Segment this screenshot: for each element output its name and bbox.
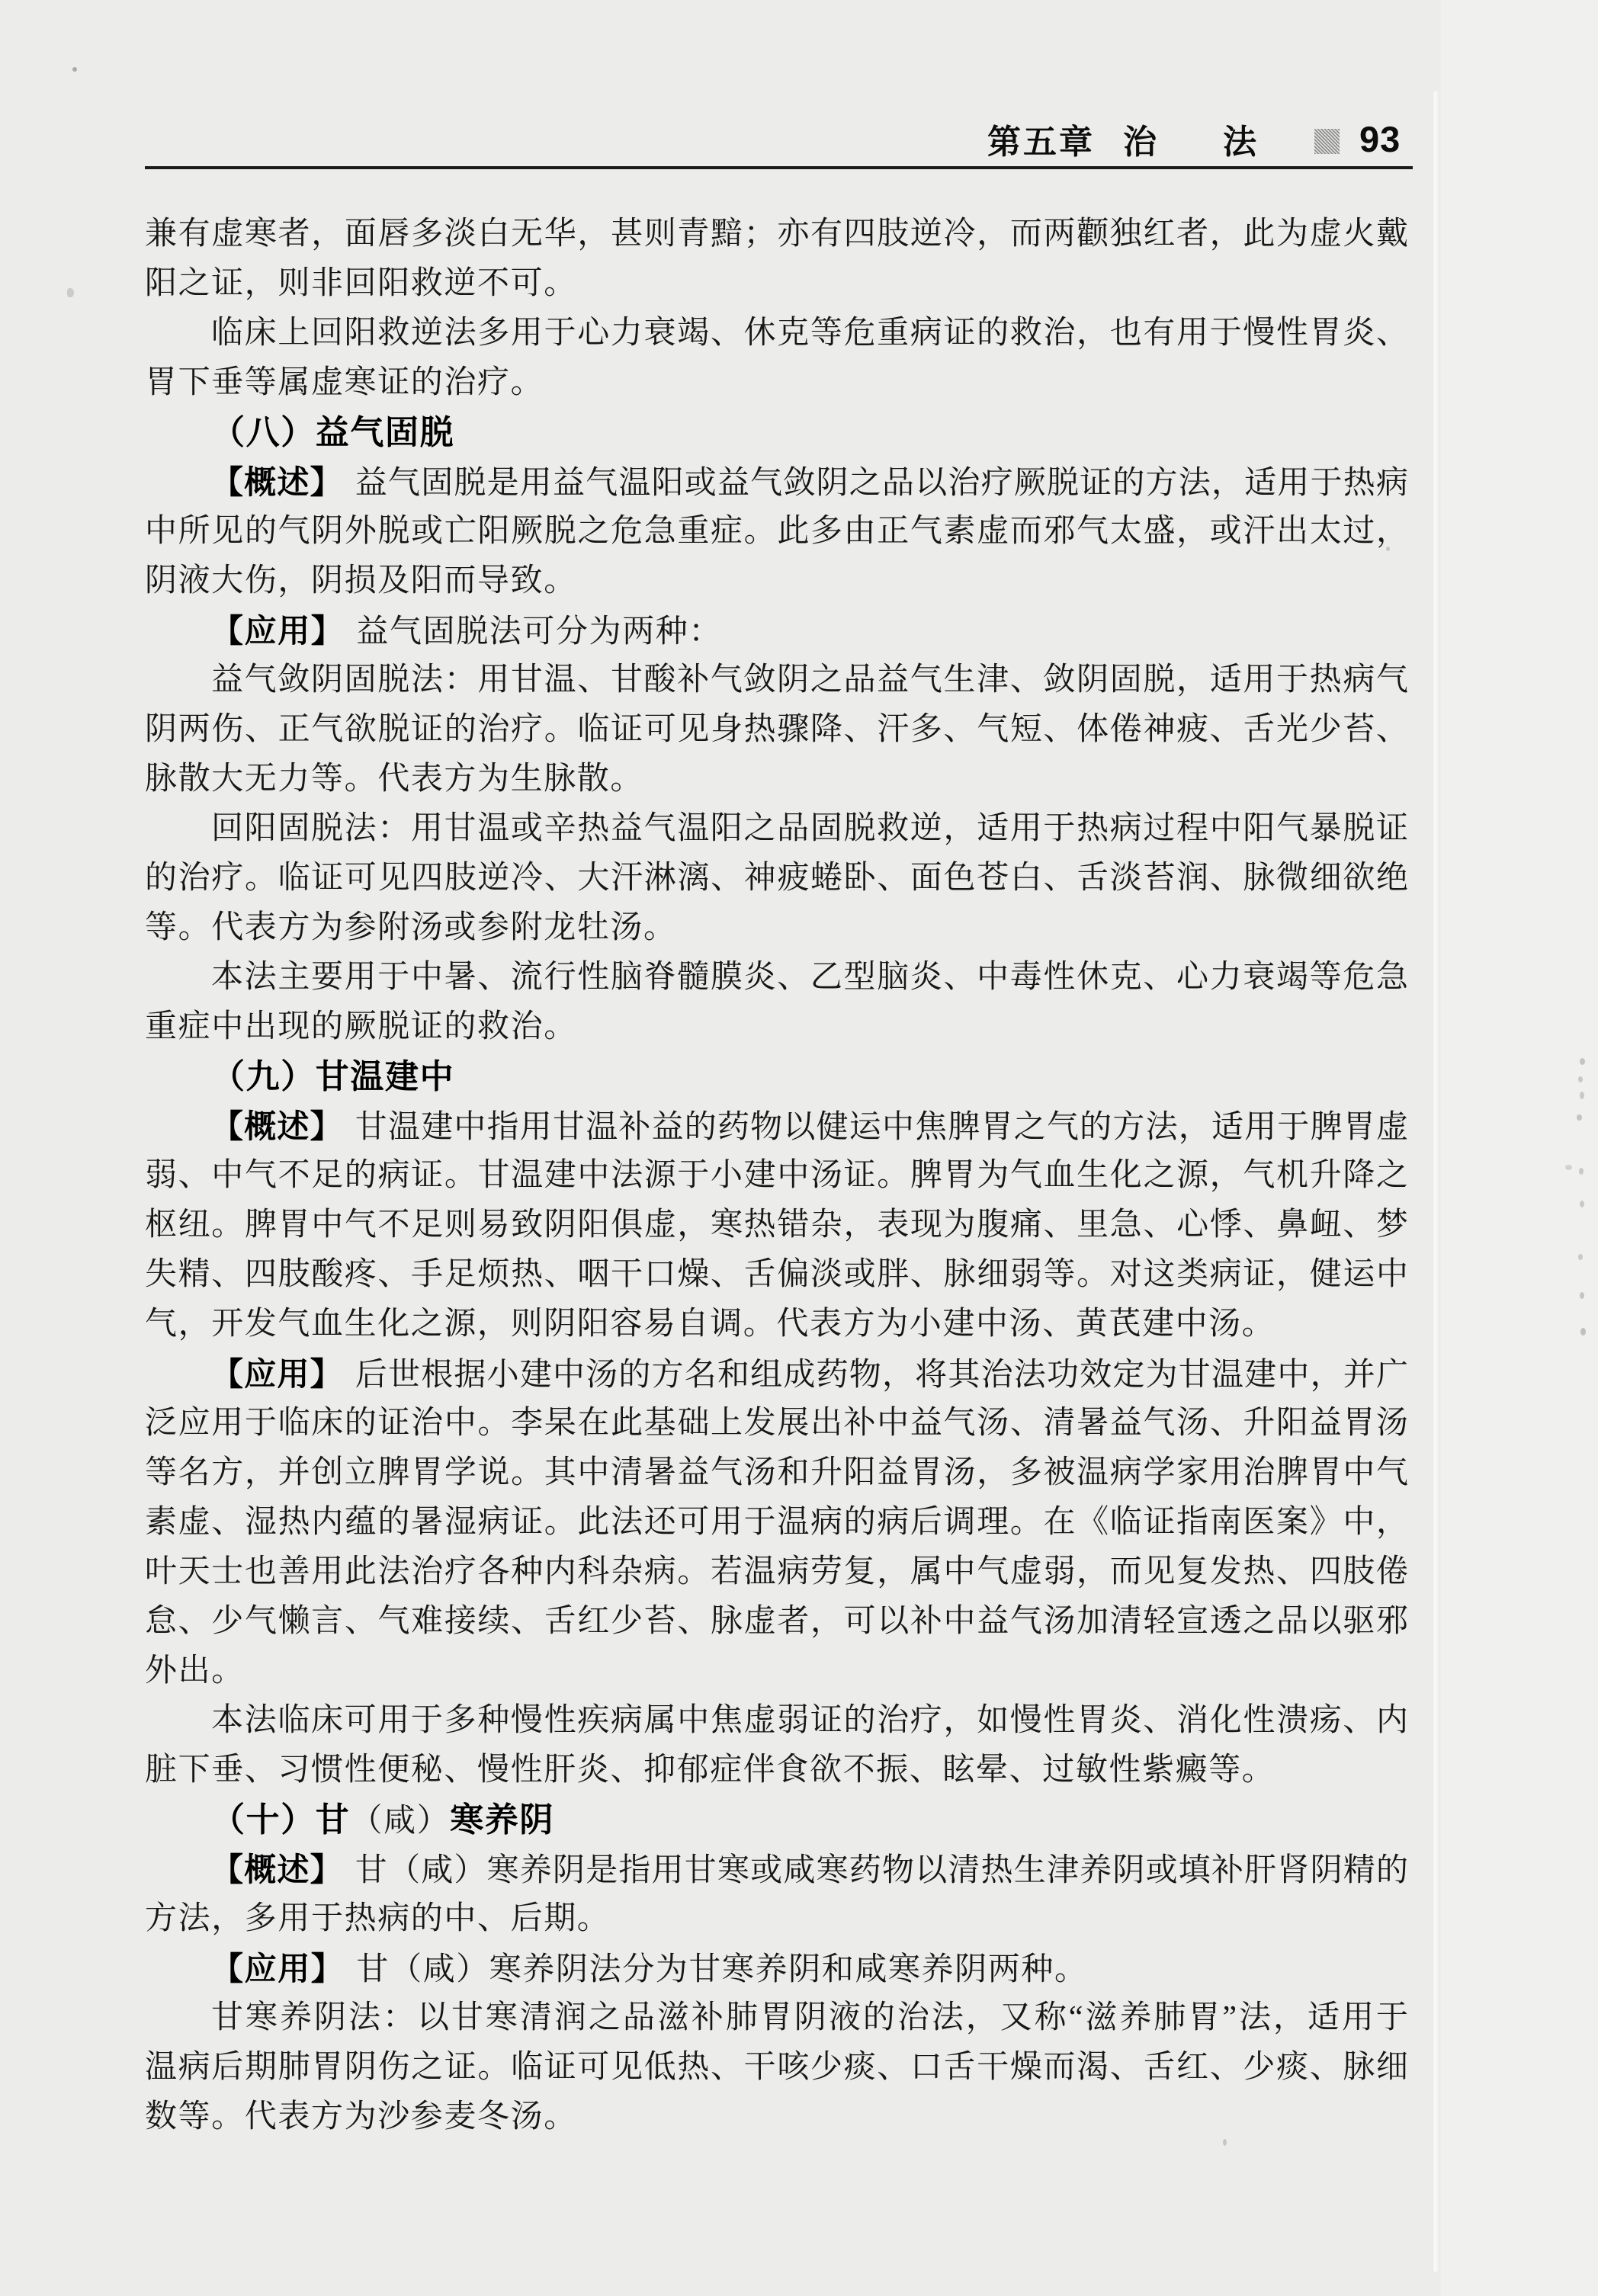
paragraph-tag: 【应用】 (211, 1951, 344, 1987)
section-heading: （九）甘温建中 (145, 1052, 1409, 1102)
text-line: 【应用】益气固脱法可分为两种： (145, 606, 1409, 656)
text-line: 【应用】后世根据小建中汤的方名和组成药物，将其治法功效定为甘温建中，并广 (145, 1349, 1409, 1399)
text-line: 等。代表方为参附汤或参附龙牡汤。 (145, 903, 1409, 953)
body-text: 兼有虚寒者，面唇多淡白无华，甚则青黯；亦有四肢逆冷，而两颧独红者，此为虚火戴 阳… (145, 210, 1409, 2142)
text-line: 失精、四肢酸疼、手足烦热、咽干口燥、舌偏淡或胖、脉细弱等。对这类病证，健运中 (145, 1250, 1409, 1300)
paragraph-tag: 【应用】 (211, 1356, 343, 1392)
text-line: 【应用】甘（咸）寒养阴法分为甘寒养阴和咸寒养阴两种。 (145, 1944, 1409, 1993)
scan-artifact (1580, 1092, 1584, 1099)
text-line: 温病后期肺胃阴伤之证。临证可见低热、干咳少痰、口舌干燥而渴、舌红、少痰、脉细 (145, 2043, 1409, 2092)
page-number-badge-icon (1314, 129, 1340, 154)
text-line: 本法临床可用于多种慢性疾病属中焦虚弱证的治疗，如慢性胃炎、消化性溃疡、内 (145, 1696, 1409, 1746)
text-line: 泛应用于临床的证治中。李杲在此基础上发展出补中益气汤、清暑益气汤、升阳益胃汤 (145, 1399, 1409, 1448)
text-line: 兼有虚寒者，面唇多淡白无华，甚则青黯；亦有四肢逆冷，而两颧独红者，此为虚火戴 (145, 210, 1409, 259)
text-line: 回阳固脱法：用甘温或辛热益气温阳之品固脱救逆，适用于热病过程中阳气暴脱证 (145, 804, 1409, 854)
scan-artifact (1580, 1328, 1586, 1336)
text-line: 气，开发气血生化之源，则阴阳容易自调。代表方为小建中汤、黄芪建中汤。 (145, 1300, 1409, 1349)
page-edge-crease (1432, 91, 1439, 2272)
text-line: 阳之证，则非回阳救逆不可。 (145, 259, 1409, 309)
scan-artifact (1579, 1168, 1584, 1175)
header-rule (145, 166, 1413, 169)
section-heading: （八）益气固脱 (145, 408, 1409, 457)
text-line: 脏下垂、习惯性便秘、慢性肝炎、抑郁症伴食欲不振、眩晕、过敏性紫癜等。 (145, 1746, 1409, 1795)
chapter-title-char: 法 (1223, 114, 1256, 163)
scan-artifact (72, 67, 77, 72)
text-line: 等名方，并创立脾胃学说。其中清暑益气汤和升阳益胃汤，多被温病学家用治脾胃中气 (145, 1448, 1409, 1498)
text-line: 中所见的气阴外脱或亡阳厥脱之危急重症。此多由正气素虚而邪气太盛，或汗出太过， (145, 507, 1409, 556)
scan-artifact (1386, 547, 1390, 551)
section-heading: （十）甘（咸）寒养阴 (145, 1795, 1409, 1845)
scan-artifact (1578, 1076, 1583, 1082)
page-number: 93 (1359, 118, 1401, 160)
text-line: 脉散大无力等。代表方为生脉散。 (145, 755, 1409, 804)
text-line: 数等。代表方为沙参麦冬汤。 (145, 2092, 1409, 2142)
scan-artifact (1578, 1254, 1583, 1260)
text-line: 怠、少气懒言、气难接续、舌红少苔、脉虚者，可以补中益气汤加清轻宣透之品以驱邪 (145, 1597, 1409, 1647)
page-edge-strip (1441, 0, 1598, 2296)
paragraph-tag: 【概述】 (211, 1852, 343, 1887)
text-line: 【概述】甘温建中指用甘温补益的药物以健运中焦脾胃之气的方法，适用于脾胃虚 (145, 1102, 1409, 1151)
paragraph-tag: 【概述】 (211, 1108, 343, 1144)
text-line: 临床上回阳救逆法多用于心力衰竭、休克等危重病证的救治，也有用于慢性胃炎、 (145, 309, 1409, 358)
scan-artifact (1577, 1114, 1582, 1121)
scan-artifact (1565, 1165, 1572, 1170)
chapter-label: 第五章 (987, 114, 1095, 163)
text-line: 重症中出现的厥脱证的救治。 (145, 1002, 1409, 1052)
text-line: 的治疗。临证可见四肢逆冷、大汗淋漓、神疲蜷卧、面色苍白、舌淡苔润、脉微细欲绝 (145, 854, 1409, 903)
text-line: 阴液大伤，阴损及阳而导致。 (145, 556, 1409, 606)
text-line: 益气敛阴固脱法：用甘温、甘酸补气敛阴之品益气生津、敛阴固脱，适用于热病气 (145, 656, 1409, 705)
scanned-book-page: { "header": { "chapter": "第五章", "title_c… (0, 0, 1598, 2296)
text-line: 阴两伤、正气欲脱证的治疗。临证可见身热骤降、汗多、气短、体倦神疲、舌光少苔、 (145, 705, 1409, 755)
text-line: 【概述】甘（咸）寒养阴是指用甘寒或咸寒药物以清热生津养阴或填补肝肾阴精的 (145, 1845, 1409, 1894)
running-head: 第五章 治 法 93 (987, 119, 1401, 159)
paragraph-tag: 【应用】 (211, 613, 344, 649)
text-line: 方法，多用于热病的中、后期。 (145, 1894, 1409, 1944)
scan-artifact (67, 288, 74, 297)
text-line: 外出。 (145, 1647, 1409, 1696)
text-line: 【概述】益气固脱是用益气温阳或益气敛阴之品以治疗厥脱证的方法，适用于热病 (145, 457, 1409, 507)
paragraph-tag: 【概述】 (211, 464, 343, 500)
scan-artifact (1580, 1058, 1585, 1065)
text-line: 素虚、湿热内蕴的暑湿病证。此法还可用于温病的病后调理。在《临证指南医案》中， (145, 1498, 1409, 1547)
text-line: 本法主要用于中暑、流行性脑脊髓膜炎、乙型脑炎、中毒性休克、心力衰竭等危急 (145, 953, 1409, 1002)
text-line: 枢纽。脾胃中气不足则易致阴阳俱虚，寒热错杂，表现为腹痛、里急、心悸、鼻衄、梦 (145, 1201, 1409, 1250)
scan-artifact (1223, 2139, 1227, 2146)
scan-artifact (575, 471, 579, 475)
text-line: 胃下垂等属虚寒证的治疗。 (145, 358, 1409, 408)
text-line: 叶天士也善用此法治疗各种内科杂病。若温病劳复，属中气虚弱，而见复发热、四肢倦 (145, 1547, 1409, 1597)
chapter-title-char: 治 (1123, 114, 1157, 163)
text-line: 弱、中气不足的病证。甘温建中法源于小建中汤证。脾胃为气血生化之源，气机升降之 (145, 1151, 1409, 1201)
text-line: 甘寒养阴法：以甘寒清润之品滋补肺胃阴液的治法，又称“滋养肺胃”法，适用于 (145, 1993, 1409, 2043)
scan-artifact (1580, 1201, 1584, 1207)
scan-artifact (1580, 1292, 1584, 1299)
